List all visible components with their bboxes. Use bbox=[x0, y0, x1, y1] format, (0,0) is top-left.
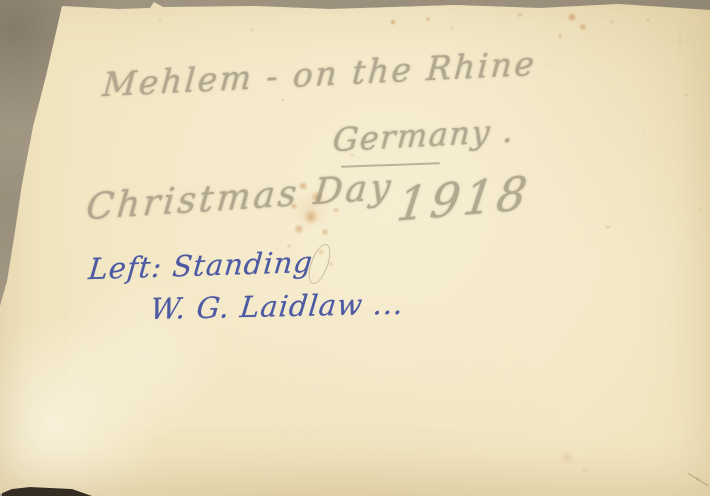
corner-crease-mark bbox=[688, 473, 709, 487]
photo-verso-paper: Mehlem - on the Rhine Germany . Christma… bbox=[0, 0, 710, 496]
year-text: 1918 bbox=[394, 169, 533, 227]
caption-position-line: Left: Standing bbox=[87, 248, 314, 284]
caption-name-line: W. G. Laidlaw ... bbox=[149, 290, 405, 324]
photo-verso-scan: Mehlem - on the Rhine Germany . Christma… bbox=[0, 0, 710, 496]
country-line: Germany . bbox=[332, 114, 516, 156]
date-line: Christmas Day bbox=[85, 170, 395, 227]
location-line: Mehlem - on the Rhine bbox=[102, 47, 538, 101]
